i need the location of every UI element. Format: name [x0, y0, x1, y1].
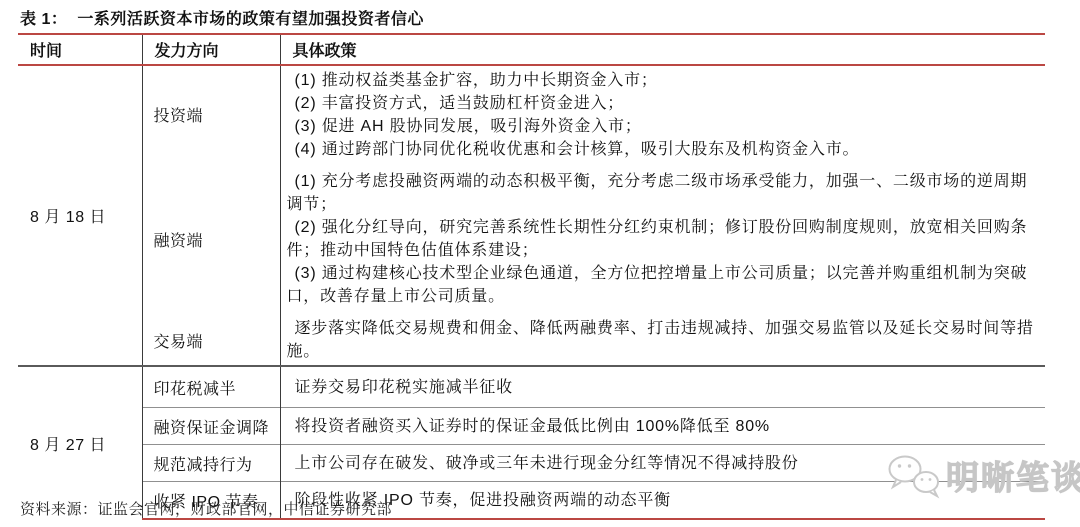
- direction-cell-stamp-tax: 印花税减半: [142, 366, 280, 408]
- policy-table: 时间 发力方向 具体政策 8 月 18 日 投资端 (1) 推动权益类基金扩容，…: [18, 33, 1045, 520]
- policy-line: 逐步落实降低交易规费和佣金、降低两融费率、打击违规减持、加强交易监管以及延长交易…: [287, 317, 1042, 363]
- policy-line: 证券交易印花税实施减半征收: [287, 376, 1042, 399]
- table-row: 8 月 18 日 投资端 (1) 推动权益类基金扩容，助力中长期资金入市； (2…: [18, 65, 1045, 163]
- policy-cell-stamp-tax: 证券交易印花税实施减半征收: [280, 366, 1045, 408]
- policy-line: 阶段性收紧 IPO 节奏，促进投融资两端的动态平衡: [287, 489, 1042, 512]
- table-title: 表 1：一系列活跃资本市场的政策有望加强投资者信心: [20, 6, 424, 29]
- policy-line: 将投资者融资买入证券时的保证金最低比例由 100%降低至 80%: [287, 415, 1042, 438]
- policy-cell-ipo-pace: 阶段性收紧 IPO 节奏，促进投融资两端的动态平衡: [280, 482, 1045, 520]
- table-row: 融资端 (1) 充分考虑投融资两端的动态积极平衡，充分考虑二级市场承受能力，加强…: [18, 163, 1045, 315]
- policy-line: (2) 强化分红导向，研究完善系统性长期性分红约束机制；修订股份回购制度规则，放…: [287, 216, 1042, 262]
- table-group-aug18: 8 月 18 日 投资端 (1) 推动权益类基金扩容，助力中长期资金入市； (2…: [18, 65, 1045, 366]
- table-row: 8 月 27 日 印花税减半 证券交易印花税实施减半征收: [18, 366, 1045, 408]
- direction-cell-share-reduction: 规范减持行为: [142, 445, 280, 482]
- policy-line: (1) 推动权益类基金扩容，助力中长期资金入市；: [287, 69, 1042, 92]
- policy-line: (1) 充分考虑投融资两端的动态积极平衡，充分考虑二级市场承受能力，加强一、二级…: [287, 170, 1042, 216]
- policy-cell-investment: (1) 推动权益类基金扩容，助力中长期资金入市； (2) 丰富投资方式，适当鼓励…: [280, 65, 1045, 163]
- table-title-text: 一系列活跃资本市场的政策有望加强投资者信心: [77, 11, 424, 28]
- policy-cell-share-reduction: 上市公司存在破发、破净或三年未进行现金分红等情况不得减持股份: [280, 445, 1045, 482]
- table-title-number: 表 1：: [20, 11, 67, 28]
- column-header-policy: 具体政策: [280, 34, 1045, 65]
- column-header-direction: 发力方向: [142, 34, 280, 65]
- data-source-note: 资料来源：证监会官网，财政部官网，中信证券研究部: [20, 498, 392, 519]
- policy-line: (3) 促进 AH 股协同发展，吸引海外资金入市；: [287, 115, 1042, 138]
- column-header-time: 时间: [18, 34, 142, 65]
- table-group-aug27: 8 月 27 日 印花税减半 证券交易印花税实施减半征收 融资保证金调降 将投资…: [18, 366, 1045, 519]
- policy-cell-margin: 将投资者融资买入证券时的保证金最低比例由 100%降低至 80%: [280, 408, 1045, 445]
- policy-line: (3) 通过构建核心技术型企业绿色通道，全方位把控增量上市公司质量；以完善并购重…: [287, 262, 1042, 308]
- direction-cell-financing: 融资端: [142, 163, 280, 315]
- policy-cell-financing: (1) 充分考虑投融资两端的动态积极平衡，充分考虑二级市场承受能力，加强一、二级…: [280, 163, 1045, 315]
- policy-line: 上市公司存在破发、破净或三年未进行现金分红等情况不得减持股份: [287, 452, 1042, 475]
- direction-cell-margin: 融资保证金调降: [142, 408, 280, 445]
- policy-cell-trading: 逐步落实降低交易规费和佣金、降低两融费率、打击违规减持、加强交易监管以及延长交易…: [280, 315, 1045, 366]
- date-cell-aug18: 8 月 18 日: [18, 65, 142, 366]
- table-header-row: 时间 发力方向 具体政策: [18, 34, 1045, 65]
- policy-line: (2) 丰富投资方式，适当鼓励杠杆资金进入；: [287, 92, 1042, 115]
- direction-cell-investment: 投资端: [142, 65, 280, 163]
- table-row: 交易端 逐步落实降低交易规费和佣金、降低两融费率、打击违规减持、加强交易监管以及…: [18, 315, 1045, 366]
- date-cell-aug27: 8 月 27 日: [18, 366, 142, 519]
- direction-cell-trading: 交易端: [142, 315, 280, 366]
- policy-line: (4) 通过跨部门协同优化税收优惠和会计核算，吸引大股东及机构资金入市。: [287, 138, 1042, 161]
- table-row: 融资保证金调降 将投资者融资买入证券时的保证金最低比例由 100%降低至 80%: [18, 408, 1045, 445]
- table-row: 规范减持行为 上市公司存在破发、破净或三年未进行现金分红等情况不得减持股份: [18, 445, 1045, 482]
